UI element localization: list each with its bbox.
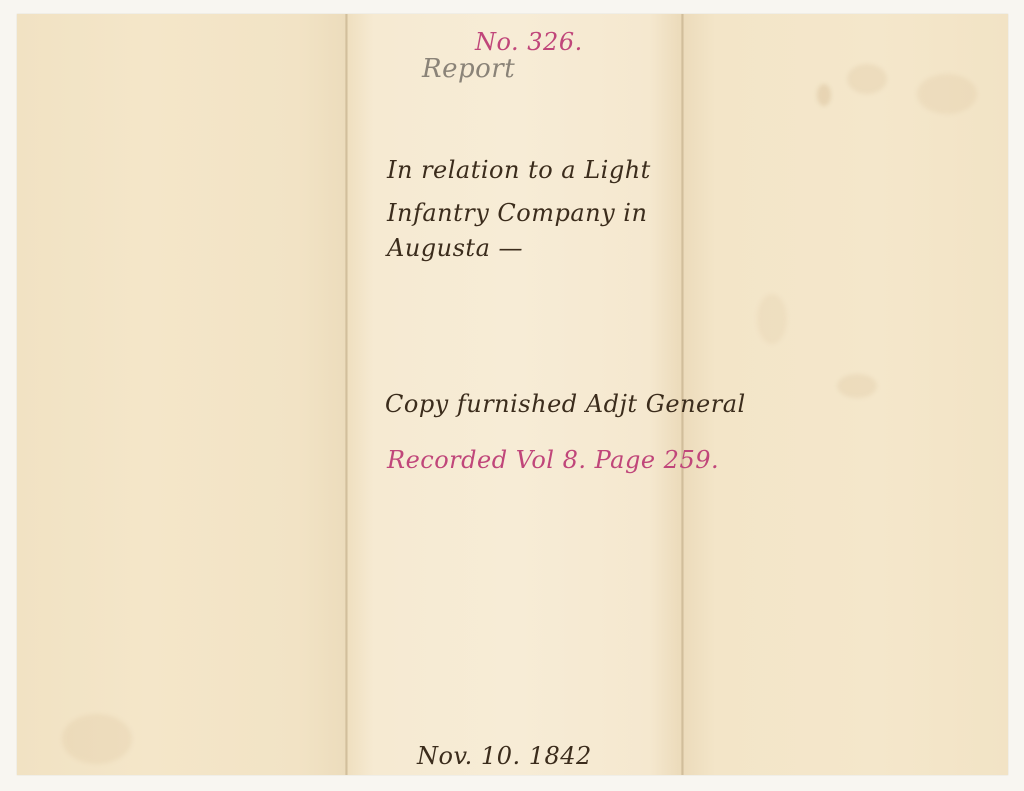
docket-title: Report <box>422 54 515 84</box>
foxing-stain <box>757 294 787 344</box>
foxing-stain <box>847 64 887 94</box>
fold-crease-left <box>345 14 348 775</box>
foxing-stain <box>817 84 831 106</box>
subject-line-2: Infantry Company in <box>387 199 647 227</box>
water-stain <box>62 714 132 764</box>
copy-furnished-note: Copy furnished Adjt General <box>385 390 746 418</box>
left-fold-panel <box>17 14 347 775</box>
foxing-stain <box>837 374 877 398</box>
foxing-stain <box>917 74 977 114</box>
subject-line-1: In relation to a Light <box>387 156 651 184</box>
subject-line-3: Augusta — <box>387 234 523 262</box>
docket-date: Nov. 10. 1842 <box>417 742 592 770</box>
recorded-note: Recorded Vol 8. Page 259. <box>387 446 719 474</box>
scan-background: No. 326. Report In relation to a Light I… <box>0 0 1024 791</box>
document-sheet: No. 326. Report In relation to a Light I… <box>17 14 1008 775</box>
docket-number: No. 326. <box>475 28 583 56</box>
